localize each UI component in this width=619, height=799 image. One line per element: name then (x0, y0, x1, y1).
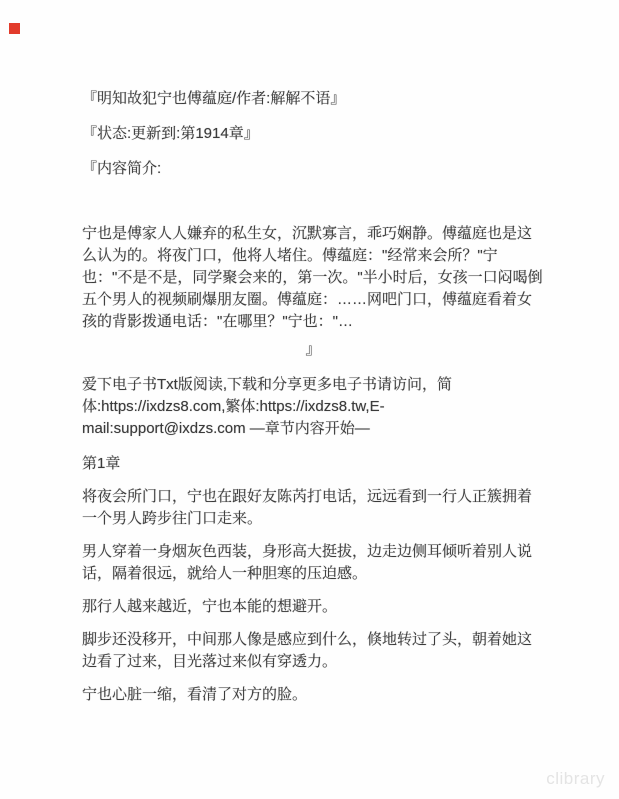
status-line: 『状态:更新到:第1914章』 (82, 123, 544, 145)
document-text-column: 『明知故犯宁也傅蕴庭/作者:解解不语』 『状态:更新到:第1914章』 『内容简… (82, 88, 544, 706)
chapter-heading: 第1章 (82, 453, 544, 475)
story-paragraph: 男人穿着一身烟灰色西装，身形高大挺拔，边走边侧耳倾听着别人说话，隔着很远，就给人… (82, 541, 544, 585)
watermark-text: clibrary (546, 769, 605, 789)
book-title-line: 『明知故犯宁也傅蕴庭/作者:解解不语』 (82, 88, 544, 110)
ebook-page: { "page": { "marker_color": "#e23b2b", "… (0, 0, 619, 799)
story-paragraph: 那行人越来越近，宁也本能的想避开。 (82, 596, 544, 618)
story-paragraph: 将夜会所门口，宁也在跟好友陈芮打电话，远远看到一行人正簇拥着一个男人跨步往门口走… (82, 486, 544, 530)
synopsis-close-bracket: 』 (82, 339, 544, 361)
synopsis-text: 宁也是傅家人人嫌弃的私生女，沉默寡言，乖巧娴静。傅蕴庭也是这么认为的。将夜门口，… (82, 223, 544, 333)
story-paragraph: 宁也心脏一缩，看清了对方的脸。 (82, 684, 544, 706)
story-paragraph: 脚步还没移开，中间那人像是感应到什么，倏地转过了头，朝着她这边看了过来，目光落过… (82, 629, 544, 673)
synopsis-label: 『内容简介: (82, 158, 544, 180)
source-note: 爱下电子书Txt版阅读,下载和分享更多电子书请访问，简体:https://ixd… (82, 374, 544, 440)
red-marker-square (9, 23, 20, 34)
